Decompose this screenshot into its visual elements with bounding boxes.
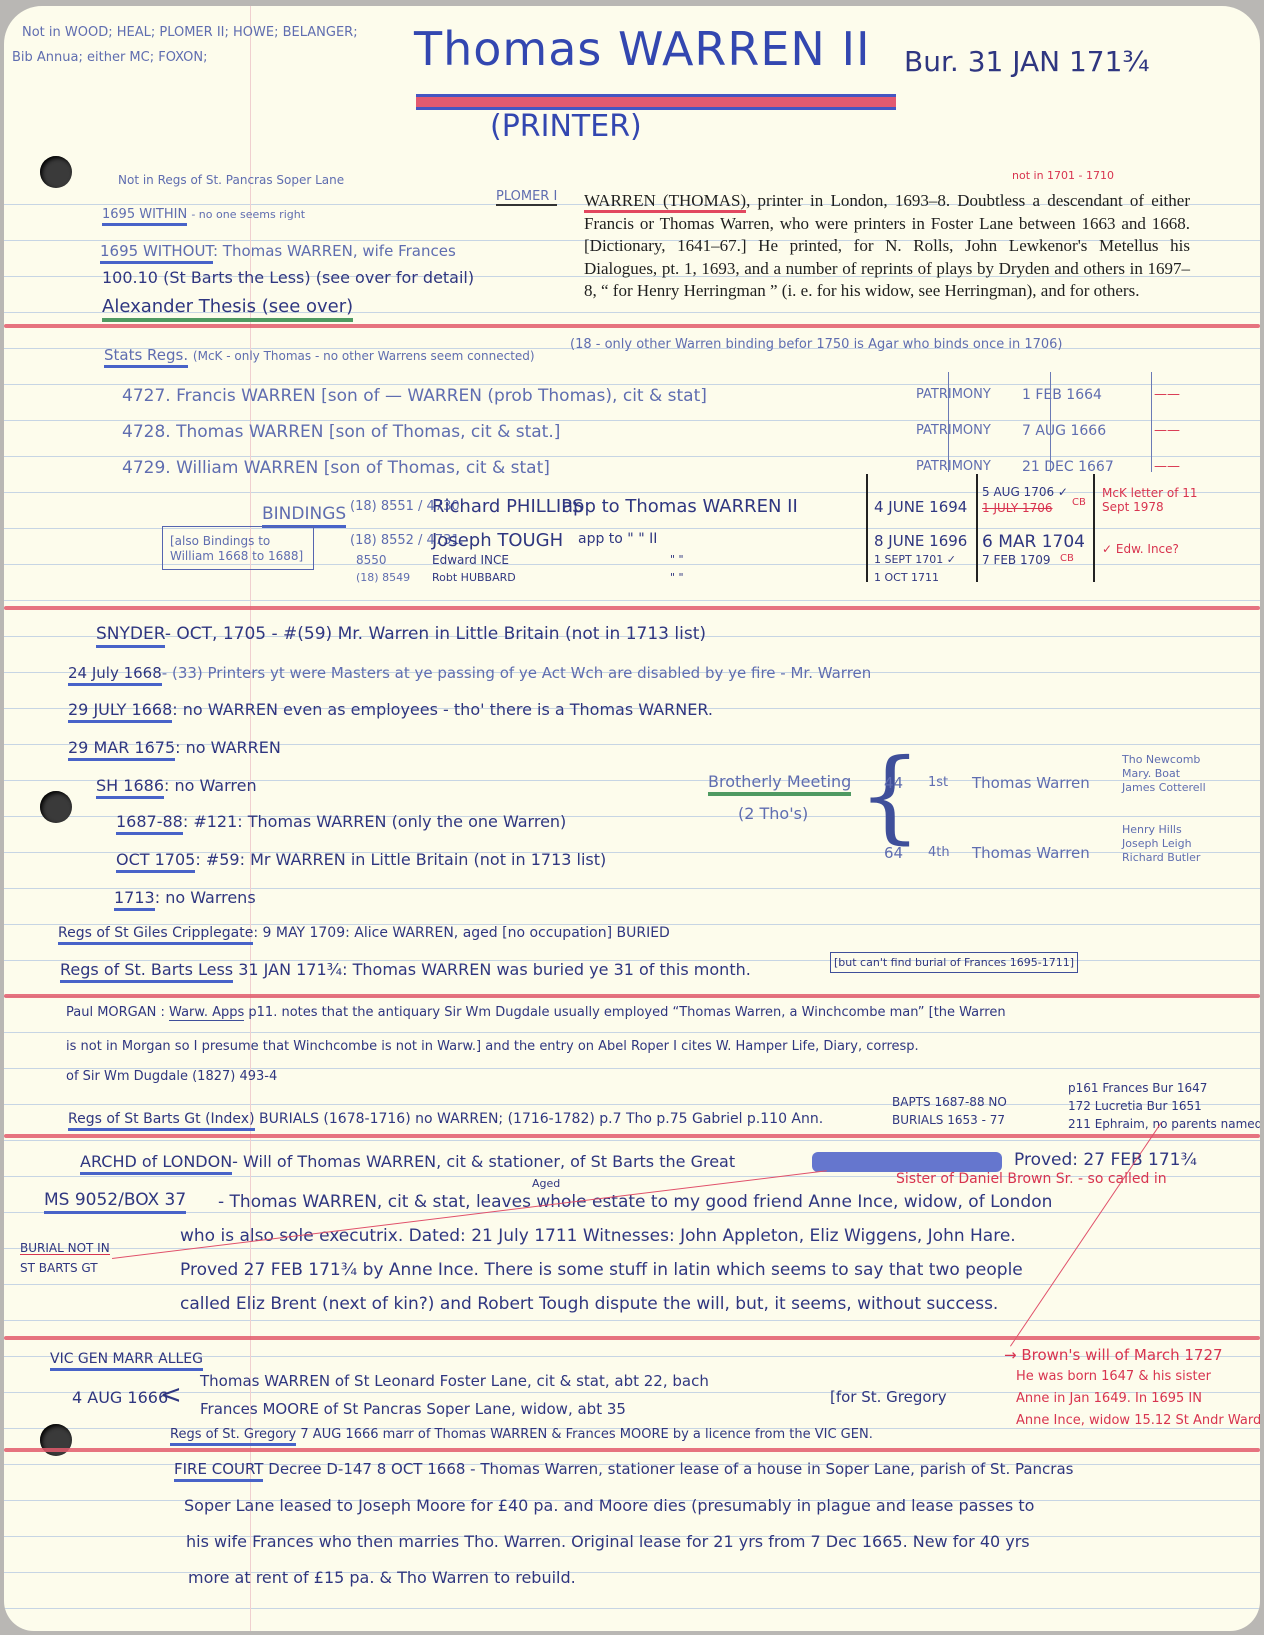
- section-divider: [4, 324, 1260, 328]
- barts-less-label: Regs of St. Barts Less: [60, 960, 233, 983]
- bracket-icon: <: [160, 1382, 182, 1408]
- morgan-label: Paul MORGAN: [66, 1005, 156, 1020]
- section-divider: [4, 994, 1260, 998]
- brown-note-line: Anne in Jan 1649. In 1695 IN: [1016, 1392, 1202, 1405]
- brotherly-name: Thomas Warren: [972, 846, 1090, 861]
- binding-apprentice: Edward INCE: [432, 554, 509, 566]
- title-underline: [416, 94, 896, 110]
- plomer-margin-note: not in 1701 - 1710: [1012, 170, 1114, 181]
- binding-ref: 8550: [356, 554, 387, 566]
- plomer-headword: WARREN (THOMAS): [584, 191, 746, 213]
- will-line3: Proved 27 FEB 171¾ by Anne Ince. There i…: [180, 1262, 1023, 1279]
- gregory-regs-label: Regs of St. Gregory: [170, 1427, 296, 1446]
- stats-regs-note: (McK - only Thomas - no other Warrens se…: [193, 349, 535, 363]
- marriage-line2: Frances MOORE of St Pancras Soper Lane, …: [200, 1402, 626, 1417]
- giles-text: : 9 MAY 1709: Alice WARREN, aged [no occ…: [253, 925, 669, 941]
- july29-text: : no WARREN even as employees - tho' the…: [172, 700, 713, 719]
- stats-entry-type: PATRIMONY: [916, 424, 991, 437]
- brotherly-ord: 1st: [928, 776, 948, 789]
- snyder-label: SNYDER: [96, 624, 165, 648]
- section-divider: [4, 606, 1260, 610]
- within-label: 1695 WITHIN: [102, 207, 187, 226]
- binding-date-freed: 5 AUG 1706 ✓: [982, 486, 1068, 498]
- barts-great-entry: 211 Ephraim, no parents named 1676: [1068, 1118, 1260, 1130]
- binding-date-freed: 7 FEB 1709: [982, 554, 1051, 566]
- fire-court-line2: Soper Lane leased to Joseph Moore for £4…: [184, 1498, 1034, 1514]
- burial-not-in-note-1: BURIAL NOT IN: [20, 1242, 110, 1255]
- sh1686-label: SH 1686: [96, 776, 164, 799]
- brotherly-associate: Mary. Boat: [1122, 768, 1180, 779]
- archd-text: - Will of Thomas WARREN, cit & stationer…: [232, 1152, 735, 1171]
- fire-court-line1: Decree D-147 8 OCT 1668 - Thomas Warren,…: [268, 1460, 1073, 1478]
- fire-court-line3: his wife Frances who then marries Tho. W…: [186, 1534, 1030, 1550]
- binding-date-struck: 1 JULY 1706: [982, 502, 1053, 514]
- binding-mark: CB: [1060, 554, 1074, 564]
- stats-entry: 4729. William WARREN [son of Thomas, cit…: [122, 460, 550, 477]
- y1687-text: : #121: Thomas WARREN (only the one Warr…: [183, 812, 566, 831]
- binding-apprentice: Robt HUBBARD: [432, 572, 516, 583]
- brotherly-num: 44: [884, 776, 903, 791]
- punch-hole: [40, 791, 72, 823]
- page-subtitle: (PRINTER): [490, 112, 642, 142]
- ms-label: MS 9052/BOX 37: [44, 1190, 186, 1214]
- marriage-label: VIC GEN MARR ALLEG: [50, 1351, 203, 1371]
- giles-label: Regs of St Giles Cripplegate: [58, 925, 253, 945]
- page-title: Thomas WARREN II: [414, 26, 871, 72]
- barts-great-burials: BURIALS 1653 - 77: [892, 1114, 1005, 1126]
- not-in-regs-note: Not in Regs of St. Pancras Soper Lane: [118, 174, 344, 186]
- will-line2: who is also sole executrix. Dated: 21 Ju…: [180, 1228, 1016, 1245]
- fire-court-label: FIRE COURT: [174, 1460, 263, 1482]
- brotherly-meeting-label: Brotherly Meeting: [708, 772, 851, 796]
- aged-insert: Aged: [532, 1178, 560, 1189]
- marriage-line1: Thomas WARREN of St Leonard Foster Lane,…: [200, 1374, 709, 1389]
- binding-ref: (18) 8549: [356, 572, 410, 583]
- red-dash: ——: [1154, 460, 1180, 473]
- stats-entry-type: PATRIMONY: [916, 460, 991, 473]
- binding-note: ✓ Edw. Ince?: [1102, 542, 1212, 556]
- sh1686-text: : no Warren: [164, 776, 257, 795]
- oct1705-label: OCT 1705: [116, 850, 195, 873]
- mar29-text: : no WARREN: [175, 738, 281, 757]
- bindings-label: BINDINGS: [262, 504, 346, 528]
- morgan-ref: Warw. Apps: [169, 1005, 244, 1021]
- brotherly-num: 64: [884, 846, 903, 861]
- section-divider: [4, 1134, 1260, 1138]
- binding-date-bound: 8 JUNE 1696: [874, 534, 967, 549]
- not-in-sources-line2: Bib Annua; either MC; FOXON;: [12, 51, 208, 64]
- fire-court-line4: more at rent of £15 pa. & Tho Warren to …: [188, 1570, 576, 1586]
- within-note: - no one seems right: [191, 208, 305, 221]
- brotherly-associate: Henry Hills: [1122, 824, 1182, 835]
- brotherly-name: Thomas Warren: [972, 776, 1090, 791]
- barts-great-entry: p161 Frances Bur 1647: [1068, 1082, 1207, 1094]
- binding-mark: CB: [1072, 498, 1086, 508]
- section-divider: [4, 1448, 1260, 1452]
- stats-entry: 4727. Francis WARREN [son of — WARREN (p…: [122, 388, 707, 405]
- binding-master: app to Thomas WARREN II: [562, 498, 798, 516]
- mar29-label: 29 MAR 1675: [68, 738, 175, 761]
- brotherly-ord: 4th: [928, 846, 950, 859]
- barts-great-entry: 172 Lucretia Bur 1651: [1068, 1100, 1202, 1112]
- july29-label: 29 JULY 1668: [68, 700, 172, 723]
- july24-text: - (33) Printers yt were Masters at ye pa…: [162, 664, 872, 682]
- archd-label: ARCHD of LONDON: [80, 1152, 232, 1175]
- snyder-text: - OCT, 1705 - #(59) Mr. Warren in Little…: [165, 624, 706, 644]
- binding-note: McK letter of 11 Sept 1978: [1102, 486, 1212, 514]
- binding-master: " ": [670, 572, 684, 583]
- binding-apprentice: Richard PHILLIPS: [432, 498, 583, 516]
- barts-great-bapts: BAPTS 1687-88 NO: [892, 1096, 1007, 1108]
- binding-date-bound: 4 JUNE 1694: [874, 500, 967, 515]
- binding-date-freed: 6 MAR 1704: [982, 534, 1085, 551]
- brown-note-line: He was born 1647 & his sister: [1016, 1370, 1211, 1383]
- binding-master: app to " " II: [578, 532, 657, 546]
- y1713-text: : no Warrens: [155, 888, 256, 907]
- barts-less-note: [but can't find burial of Frances 1695-1…: [830, 952, 1078, 973]
- will-proved: Proved: 27 FEB 171¾: [1014, 1152, 1197, 1169]
- brotherly-associate: James Cotterell: [1122, 782, 1206, 793]
- y1713-label: 1713: [114, 888, 155, 911]
- without-note: : Thomas WARREN, wife Frances: [213, 242, 456, 260]
- scribbled-out-text: [812, 1152, 1002, 1172]
- gregory-regs-text: 7 AUG 1666 marr of Thomas WARREN & Franc…: [300, 1427, 872, 1442]
- marriage-date: 4 AUG 1666: [72, 1390, 168, 1406]
- red-dash: ——: [1154, 424, 1180, 437]
- stats-entry-date: 7 AUG 1666: [1022, 424, 1106, 438]
- red-dash: ——: [1154, 388, 1180, 401]
- binding-date-bound: 1 SEPT 1701 ✓: [874, 554, 956, 565]
- without-detail: 100.10 (St Barts the Less) (see over for…: [102, 270, 474, 286]
- notebook-page: Not in WOOD; HEAL; PLOMER II; HOWE; BELA…: [4, 6, 1260, 1631]
- gregory-note: [for St. Gregory: [830, 1390, 947, 1405]
- stats-entry-date: 1 FEB 1664: [1022, 388, 1102, 402]
- brotherly-associate: Joseph Leigh: [1122, 838, 1192, 849]
- plomer-dictionary-entry: WARREN (THOMAS), printer in London, 1693…: [584, 190, 1190, 303]
- july24-label: 24 July 1668: [68, 664, 162, 686]
- also-bindings-note: [also Bindings to William 1668 to 1688]: [170, 534, 310, 564]
- thesis-note: Alexander Thesis (see over): [102, 296, 353, 322]
- burial-not-in-note-2: ST BARTS GT: [20, 1262, 98, 1274]
- binding-apprentice: Joseph TOUGH: [432, 532, 563, 550]
- not-in-sources-line1: Not in WOOD; HEAL; PLOMER II; HOWE; BELA…: [22, 26, 358, 39]
- binding-master: " ": [670, 554, 684, 565]
- brace: {: [858, 746, 922, 846]
- punch-hole: [40, 156, 72, 188]
- oct1705-text: : #59: Mr WARREN in Little Britain (not …: [195, 850, 606, 869]
- brotherly-associate: Richard Butler: [1122, 852, 1200, 863]
- will-line4: called Eliz Brent (next of kin?) and Rob…: [180, 1296, 998, 1313]
- morgan-line2: is not in Morgan so I presume that Winch…: [66, 1040, 919, 1053]
- brown-note-line: Anne Ince, widow 15.12 St Andr Wardrobe: [1016, 1414, 1260, 1427]
- brown-note-line: → Brown's will of March 1727: [1004, 1348, 1223, 1363]
- stats-entry-date: 21 DEC 1667: [1022, 460, 1114, 474]
- plomer-label: PLOMER I: [496, 189, 557, 206]
- without-label: 1695 WITHOUT: [100, 242, 213, 264]
- stats-entry: 4728. Thomas WARREN [son of Thomas, cit …: [122, 424, 560, 441]
- brotherly-meeting-sub: (2 Tho's): [738, 806, 808, 822]
- stats-regs-note2: (18 - only other Warren binding befor 17…: [570, 338, 1063, 351]
- barts-less-text: 31 JAN 171¾: Thomas WARREN was buried ye…: [238, 960, 751, 979]
- barts-great-text: BURIALS (1678-1716) no WARREN; (1716-178…: [259, 1111, 823, 1127]
- y1687-label: 1687-88: [116, 812, 183, 835]
- morgan-line1: p11. notes that the antiquary Sir Wm Dug…: [248, 1005, 1005, 1020]
- barts-great-label: Regs of St Barts Gt (Index): [68, 1111, 255, 1131]
- will-line1: - Thomas WARREN, cit & stat, leaves whol…: [218, 1194, 1052, 1211]
- burial-date: Bur. 31 JAN 171¾: [904, 48, 1150, 76]
- binding-date-bound: 1 OCT 1711: [874, 572, 939, 583]
- brotherly-associate: Tho Newcomb: [1122, 754, 1200, 765]
- stats-regs-label: Stats Regs.: [104, 346, 188, 368]
- stats-entry-type: PATRIMONY: [916, 388, 991, 401]
- morgan-line3: of Sir Wm Dugdale (1827) 493-4: [66, 1070, 277, 1083]
- section-divider: [4, 1336, 1260, 1340]
